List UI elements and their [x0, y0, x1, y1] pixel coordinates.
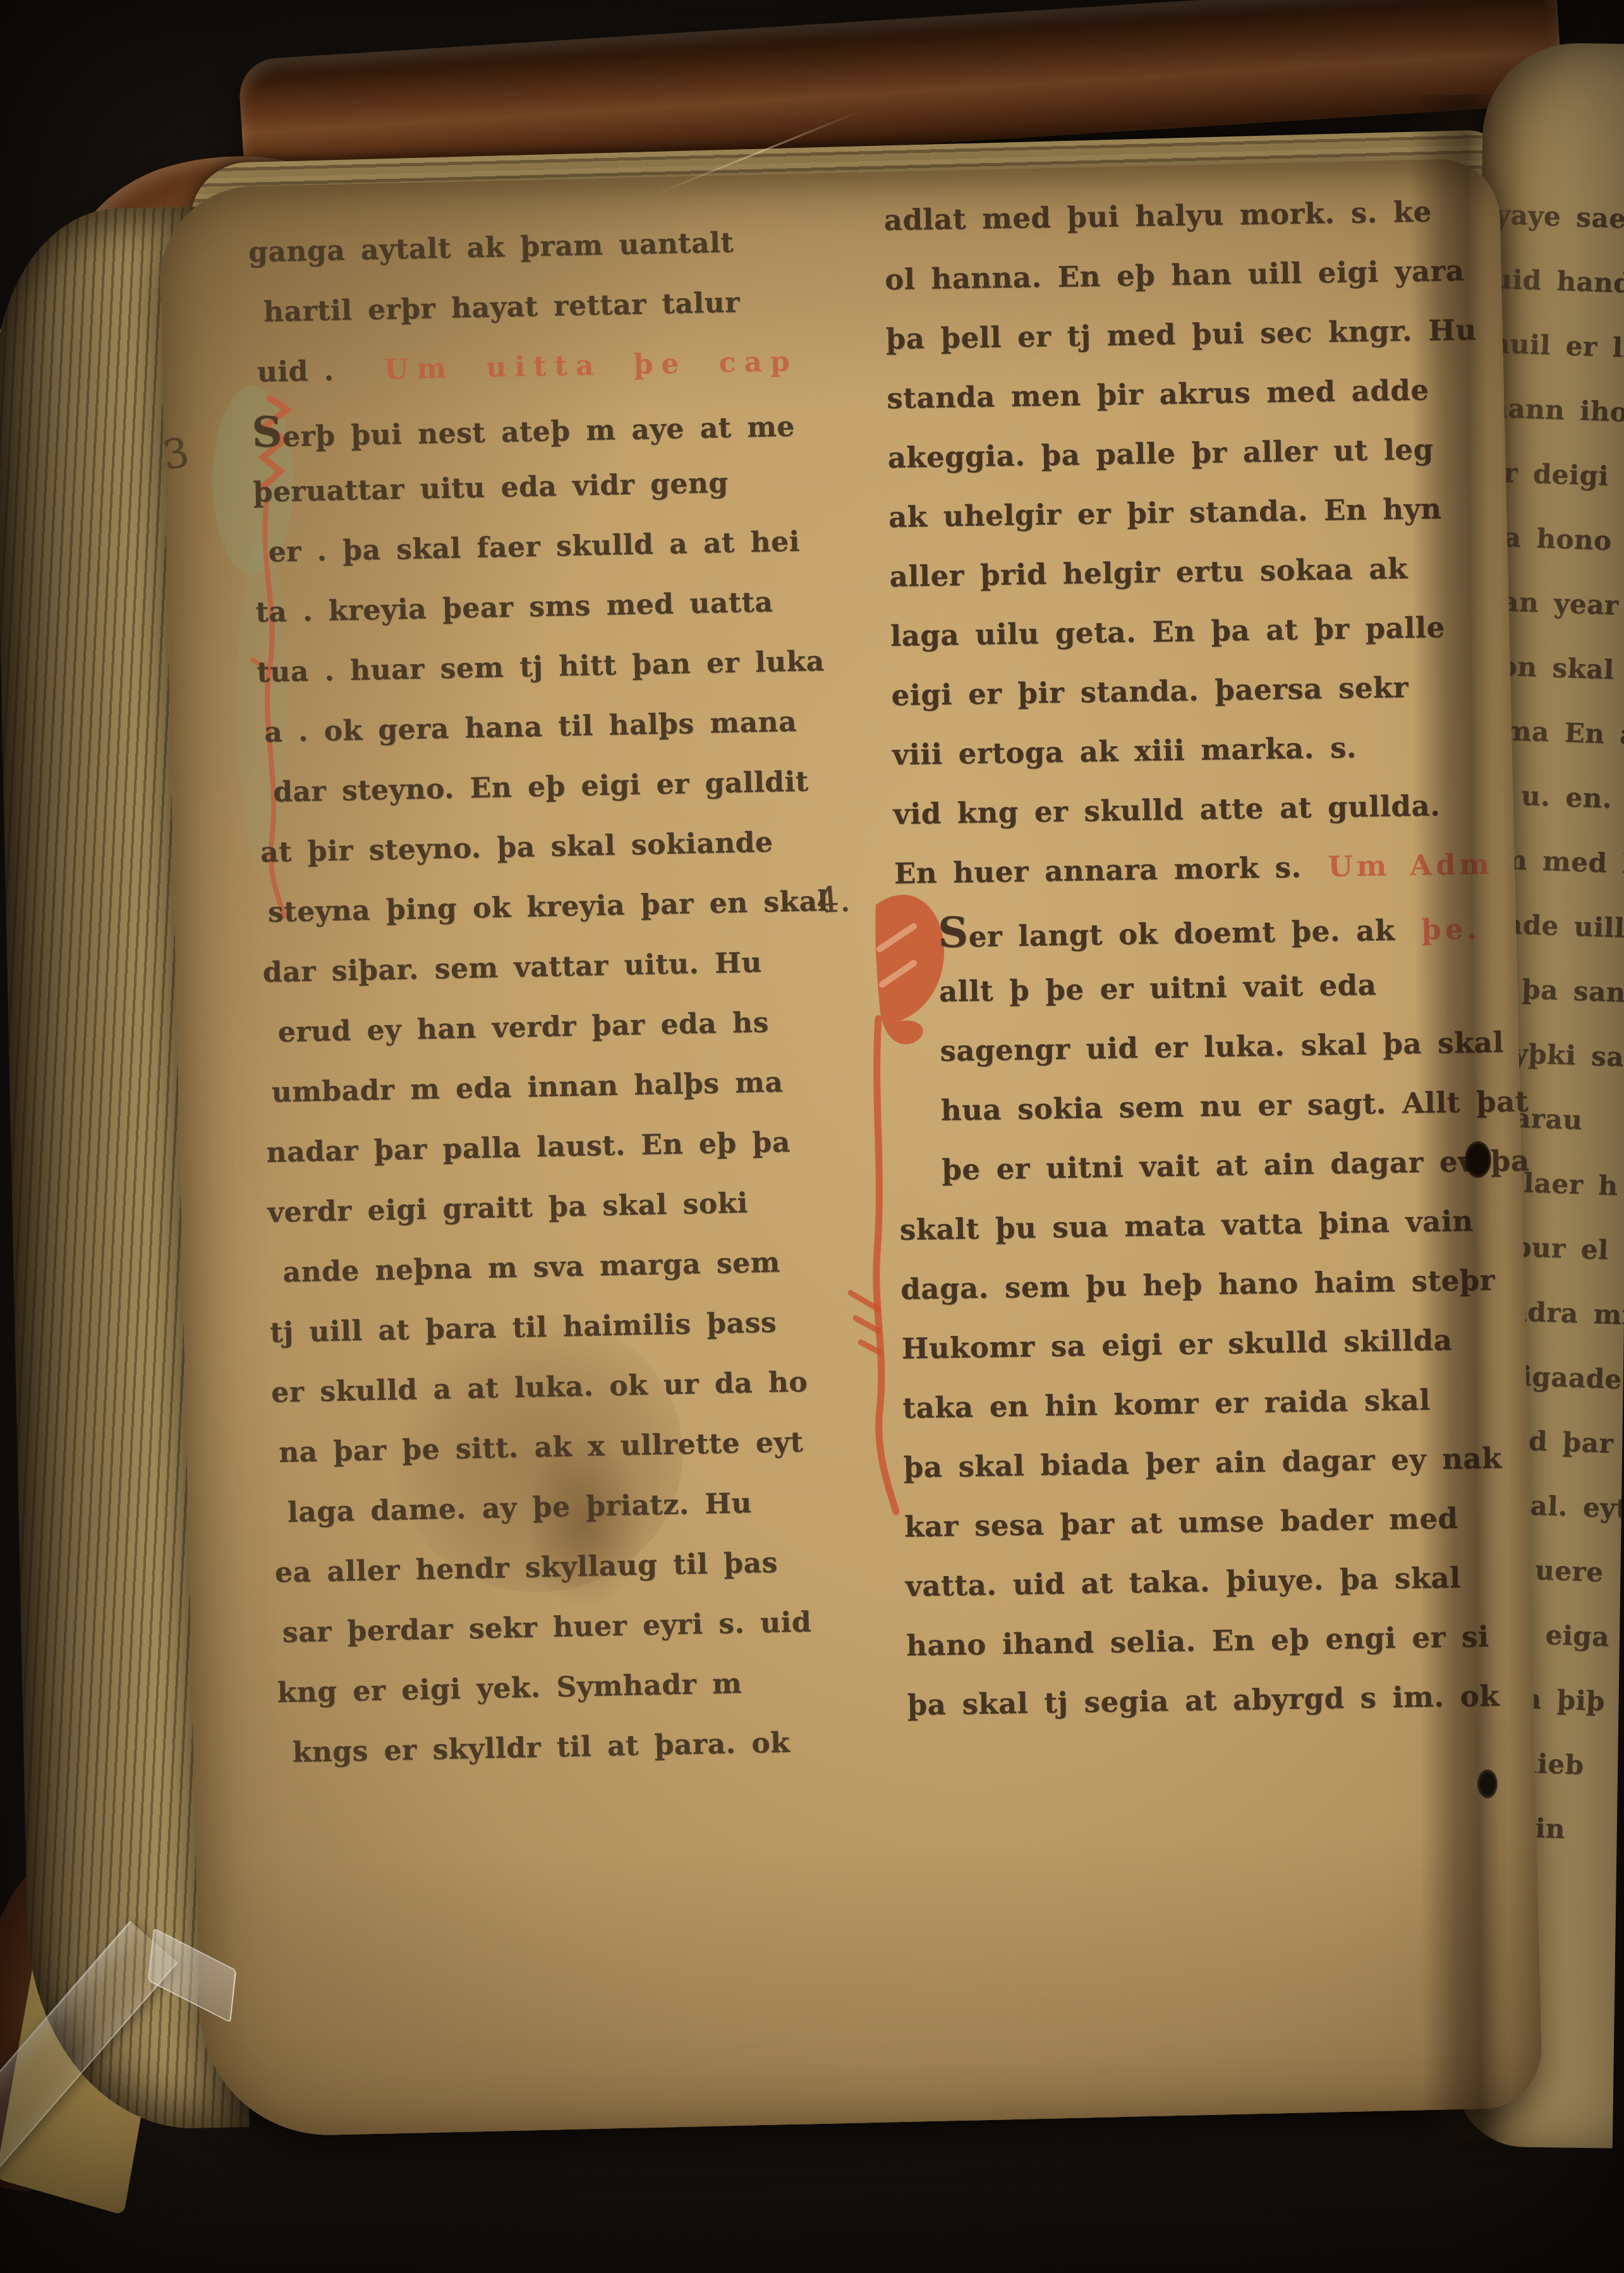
manuscript-line: vid kng er skulld atte at gullda.	[893, 776, 1469, 844]
manuscript-photograph: yaye saeradr h uid hand nomra huil er li…	[0, 0, 1624, 2273]
manuscript-line-text: uid .	[257, 355, 334, 388]
manuscript-line: uid hand nomra	[1491, 247, 1624, 317]
manuscript-line: kngs er skylldr til at þara. ok	[278, 1711, 902, 1783]
manuscript-line: kar sesa þar at umse bader med	[904, 1488, 1479, 1556]
manuscript-line-text: Ser langt ok doemt þe. ak	[938, 913, 1395, 954]
manuscript-line: huil er likerne	[1489, 312, 1624, 381]
manuscript-line: hann ihond seha	[1488, 376, 1624, 446]
manuscript-line: ol hanna. En eþ han uill eigi yara	[884, 241, 1460, 310]
manuscript-line: yaye saeradr h	[1494, 183, 1624, 252]
manuscript-line: þa skal tj segia at abyrgd s im. ok	[907, 1666, 1482, 1735]
manuscript-line: eigi er þir standa. þaersa sekr	[891, 657, 1467, 725]
manuscript-line: hua sokia sem nu er sagt. Allt þat	[897, 1073, 1473, 1141]
manuscript-line: hano ihand selia. En eþ engi er si	[906, 1607, 1481, 1675]
manuscript-line: aller þrid helgir ertu sokaa ak	[889, 538, 1465, 607]
manuscript-line: vatta. uid at taka. þiuye. þa skal	[905, 1548, 1481, 1616]
manuscript-line: viii ertoga ak xiii marka. s.	[892, 717, 1467, 785]
right-text-column: adlat med þui halyu mork. s. ke ol hanna…	[883, 182, 1482, 1735]
chapter-rubric-red: Um Adm	[1328, 847, 1493, 883]
manuscript-line-with-rubric: Ser langt ok doemt þe. akþe.	[895, 895, 1470, 963]
manuscript-line: þa skal biada þer ain dagar ey nak	[903, 1429, 1479, 1497]
manuscript-line: na þar þe sitt. ak x ullrette eyt	[272, 1410, 895, 1483]
manuscript-line: ak uhelgir er þir standa. En hyn	[888, 479, 1463, 547]
manuscript-line: er . þa skal faer skulld a at hei	[254, 510, 878, 583]
manuscript-line: sagengr uid er luka. skal þa skal	[897, 1014, 1472, 1082]
manuscript-line: skalt þu sua mata vatta þina vain	[899, 1192, 1475, 1260]
manuscript-line: allt þ þe er uitni vait eda	[895, 954, 1471, 1022]
manuscript-line: steyna þing ok kreyia þar en skal	[261, 870, 885, 943]
left-text-column: ganga aytalt ak þram uantalt hartil erþr…	[248, 210, 901, 1783]
manuscript-line: standa men þir akrus med adde	[886, 360, 1462, 428]
wormhole	[1477, 1769, 1498, 1798]
manuscript-line-text: En huer annara mork s.	[894, 851, 1302, 890]
manuscript-line: akeggia. þa palle þr aller ut leg	[887, 420, 1463, 488]
manuscript-line: þa þell er tj med þui sec kngr. Hu	[885, 301, 1461, 369]
manuscript-line-with-rubric: En huer annara mork s.Um Adm	[894, 835, 1469, 904]
manuscript-line: taka en hin komr er raida skal	[902, 1369, 1478, 1438]
manuscript-line: adlat med þui halyu mork. s. ke	[883, 182, 1459, 250]
manuscript-line: þe er uitni vait at ain dagar ev þa	[899, 1132, 1474, 1201]
manuscript-line: dar steyno. En eþ eigi er galldit	[258, 750, 882, 823]
manuscript-line: daga. sem þu heþ hano haim steþr	[900, 1251, 1476, 1319]
manuscript-line: sar þerdar sekr huer eyri s. uid	[276, 1591, 899, 1663]
wormhole	[1465, 1141, 1491, 1178]
chapter-rubric-red: þe.	[1421, 912, 1481, 946]
manuscript-line: Hukomr sa eigi er skulld skillda	[901, 1310, 1477, 1378]
chapter-rubric-red: Um uitta þe cap	[384, 346, 798, 386]
manuscript-line: Serþ þui nest ateþ m aye at me	[251, 390, 875, 463]
margin-numeral-4: 4.	[815, 878, 852, 922]
manuscript-line: laga uilu geta. En þa at þr palle	[890, 598, 1465, 666]
